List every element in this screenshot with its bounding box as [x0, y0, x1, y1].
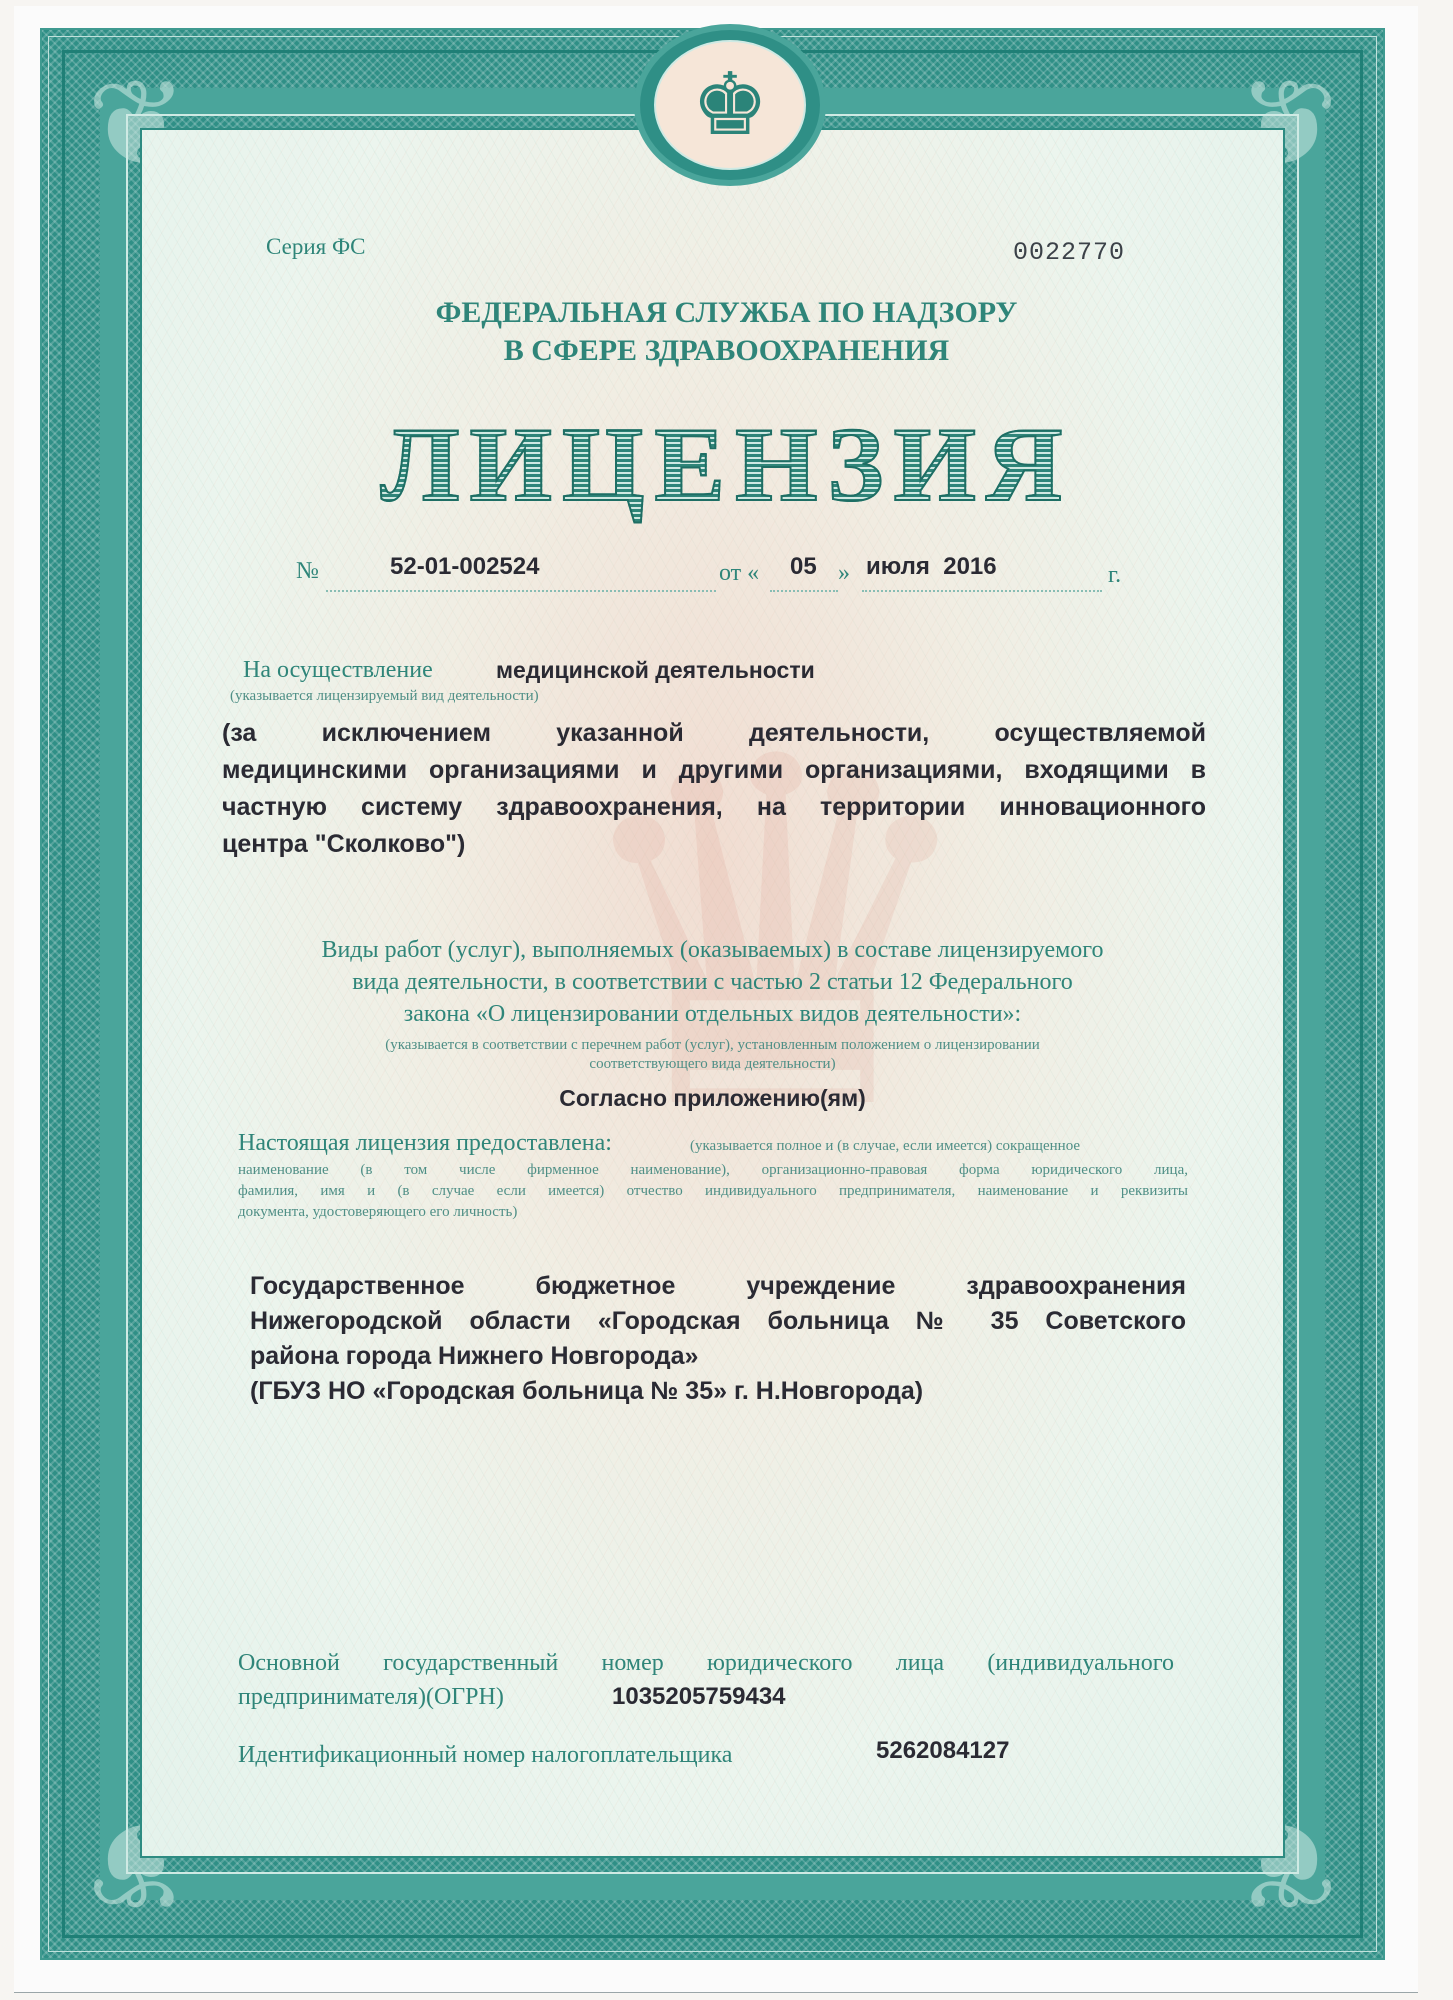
activity-label: На осуществление: [243, 657, 433, 684]
agency-name-line1: ФЕДЕРАЛЬНАЯ СЛУЖБА ПО НАДЗОРУ: [0, 296, 1453, 330]
ogrn-label-line1: Основной государственный номер юридическ…: [238, 1650, 1174, 1677]
works-value: Согласно приложению(ям): [140, 1085, 1285, 1112]
works-text-line: закона «О лицензировании отдельных видов…: [140, 1001, 1285, 1028]
activity-clarification-line: частную систему здравоохранения, на терр…: [222, 789, 1206, 826]
number-sign: №: [296, 558, 319, 585]
series-label: Серия ФС: [266, 234, 365, 260]
licensee-hint-line: фамилия, имя и (в случае если имеется) о…: [238, 1183, 1188, 1200]
inn-label: Идентификационный номер налогоплательщик…: [238, 1742, 732, 1769]
number-underline: [326, 590, 716, 592]
works-text-line: Виды работ (услуг), выполняемых (оказыва…: [140, 937, 1285, 964]
russian-coat-of-arms-icon: ♚: [654, 40, 806, 170]
quote-close: »: [838, 560, 850, 587]
license-month-year: июля 2016: [866, 553, 997, 581]
inn-value: 5262084127: [876, 1737, 1009, 1765]
license-day: 05: [790, 553, 817, 581]
activity-hint: (указывается лицензируемый вид деятельно…: [230, 688, 539, 705]
activity-value: медицинской деятельности: [496, 657, 815, 684]
licensee-name-line: Государственное бюджетное учреждение здр…: [250, 1268, 1186, 1305]
year-suffix: г.: [1108, 562, 1121, 589]
works-text-line: вида деятельности, в соответствии с част…: [140, 969, 1285, 996]
licensee-short-name: (ГБУЗ НО «Городская больница № 35» г. Н.…: [250, 1373, 923, 1410]
licensee-hint-line: наименование (в том числе фирменное наим…: [238, 1162, 1188, 1179]
licensee-hint-first: (указывается полное и (в случае, если им…: [690, 1138, 1080, 1155]
licensee-name-line: Нижегородской области «Городская больниц…: [250, 1303, 1186, 1340]
document-title: ЛИЦЕНЗИЯ: [0, 404, 1453, 526]
agency-name-line2: В СФЕРЕ ЗДРАВООХРАНЕНИЯ: [0, 334, 1453, 368]
ogrn-label-line2: предпринимателя)(ОГРН): [238, 1684, 504, 1711]
activity-clarification-line: (за исключением указанной деятельности, …: [222, 715, 1206, 752]
serial-number: 0022770: [1013, 238, 1125, 267]
activity-clarification-line: центра "Сколково"): [222, 826, 465, 863]
works-hint-line: (указывается в соответствии с перечнем р…: [140, 1037, 1285, 1054]
license-number: 52-01-002524: [390, 553, 539, 581]
licensee-hint-line: документа, удостоверяющего его личность): [238, 1204, 517, 1221]
day-underline: [770, 590, 838, 592]
ogrn-value: 1035205759434: [612, 1683, 786, 1711]
month-underline: [862, 590, 1102, 592]
works-hint-line: соответствующего вида деятельности): [140, 1056, 1285, 1073]
emblem: ♚: [640, 30, 820, 180]
licensee-name-line: района города Нижнего Новгорода»: [250, 1338, 698, 1375]
licensee-label: Настоящая лицензия предоставлена:: [238, 1130, 612, 1157]
activity-clarification-line: медицинскими организациями и другими орг…: [222, 752, 1206, 789]
from-label: от «: [719, 560, 759, 587]
